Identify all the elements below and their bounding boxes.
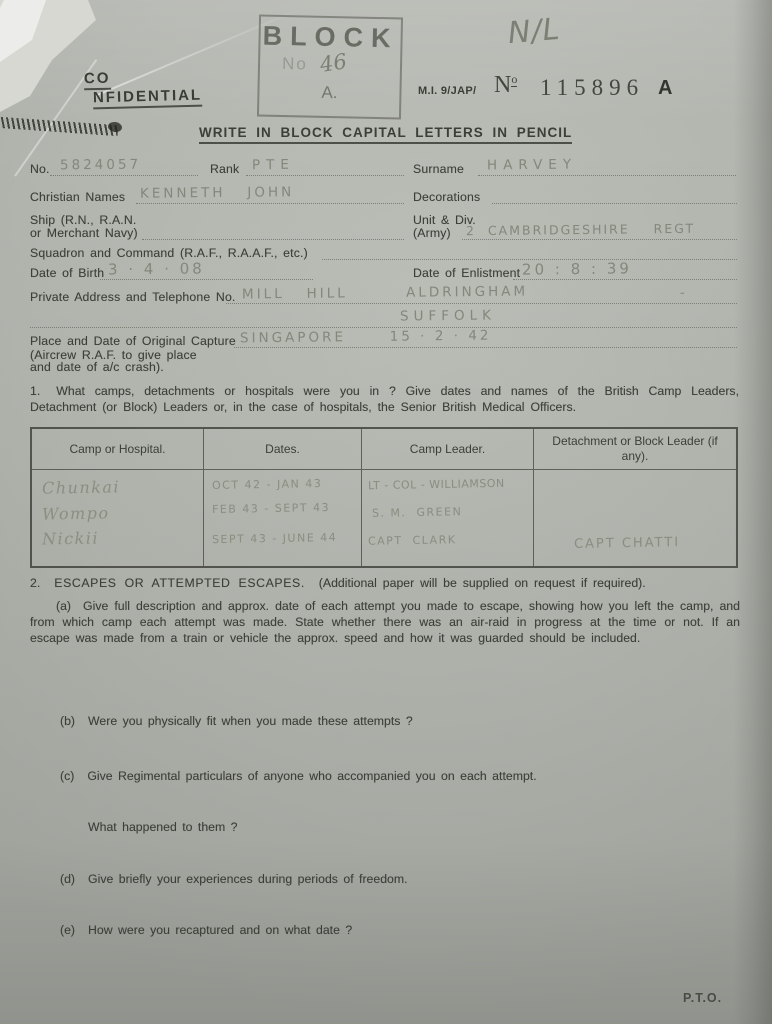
question-2d-key: (d) (60, 872, 75, 886)
question-2a-key: (a) (56, 599, 71, 613)
leader-line (462, 239, 737, 240)
block-stamp-word: BLOCK (260, 21, 401, 55)
question-1-number: 1. (30, 384, 40, 398)
camp-entry: Nickii (42, 529, 99, 549)
leader-entry: S. M. GREEN (372, 505, 462, 520)
service-no-label: No. (30, 162, 50, 176)
leader-line (478, 175, 736, 176)
question-2d: (d)Give briefly your experiences during … (60, 872, 408, 886)
col-header-detachment: Detachment or Block Leader (if any). (534, 429, 736, 469)
leader-entry: LT - COL - WILLIAMSON (368, 477, 505, 492)
block-number-stamp: BLOCK No 46 A. (257, 15, 403, 120)
surname-label: Surname (413, 162, 464, 176)
pencil-note-nl: N/L (507, 12, 562, 51)
date-of-enlistment-value: 20 : 8 : 39 (522, 259, 632, 278)
camp-entry: Chunkai (42, 477, 120, 497)
camps-table-header-row: Camp or Hospital. Dates. Camp Leader. De… (32, 429, 736, 470)
leader-line (234, 347, 737, 348)
dates-entry: SEPT 43 - JUNE 44 (212, 531, 337, 546)
ship-label-line1: Ship (R.N., R.A.N. (30, 213, 136, 227)
question-2e-key: (e) (60, 923, 75, 937)
question-2c-text: Give Regimental particulars of anyone wh… (87, 769, 536, 783)
capture-label: Place and Date of Original Capture (30, 334, 236, 348)
detachment-column: CAPT CHATTI (534, 470, 736, 566)
dates-column: OCT 42 - JAN 43 FEB 43 - SEPT 43 SEPT 43… (204, 470, 362, 566)
camps-table: Camp or Hospital. Dates. Camp Leader. De… (30, 427, 738, 568)
rank-label: Rank (210, 162, 239, 176)
question-2-title: ESCAPES OR ATTEMPTED ESCAPES. (54, 576, 305, 590)
leader-line (226, 303, 737, 304)
date-of-birth-label: Date of Birth (30, 266, 104, 280)
question-2-heading: 2.ESCAPES OR ATTEMPTED ESCAPES. (Additio… (30, 575, 740, 591)
question-2c: (c)Give Regimental particulars of anyone… (60, 769, 537, 783)
date-of-enlistment-label: Date of Enlistment (413, 266, 520, 280)
leader-line (513, 279, 737, 280)
question-2e: (e)How were you recaptured and on what d… (60, 923, 352, 937)
capture-value: SINGAPORE 15 · 2 · 42 (240, 328, 492, 347)
block-stamp-no-value: 46 (318, 49, 348, 77)
serial-no-sign: No (494, 72, 517, 99)
block-stamp-suffix: A. (259, 82, 399, 105)
unit-value: 2 CAMBRIDGESHIRE REGT (466, 221, 695, 238)
leader-entry: CAPT CLARK (368, 533, 457, 548)
capture-sub-line2: and date of a/c crash). (30, 360, 164, 374)
address-value-line2: SUFFOLK (400, 307, 496, 324)
col-header-camp: Camp or Hospital. (32, 429, 204, 469)
surname-value: HARVEY (487, 157, 577, 174)
leader-line (100, 279, 313, 280)
col-header-dates: Dates. (204, 429, 362, 469)
pow-questionnaire-scan: BLOCK No 46 A. CO NFIDENTIAL N/L M.I. 9/… (0, 0, 772, 1024)
christian-names-value: KENNETH JOHN (140, 184, 294, 202)
dates-entry: FEB 43 - SEPT 43 (212, 501, 330, 516)
question-2-number: 2. (30, 576, 40, 590)
question-1-text: What camps, detachments or hospitals wer… (30, 384, 739, 414)
unit-label-line2: (Army) (413, 226, 451, 240)
confidential-stamp-fragment-bottom: NFIDENTIAL (93, 87, 203, 110)
ship-label-line2: or Merchant Navy) (30, 226, 138, 240)
block-stamp-no-label: No (282, 54, 308, 75)
question-2b-key: (b) (60, 714, 75, 728)
leader-line (492, 203, 737, 204)
col-header-leader: Camp Leader. (362, 429, 534, 469)
question-2-note: (Additional paper will be supplied on re… (319, 576, 646, 590)
leader-line (142, 239, 404, 240)
question-2b: (b)Were you physically fit when you made… (60, 714, 413, 728)
tear-repair-mark (0, 117, 118, 136)
question-2c-key: (c) (60, 769, 74, 783)
leader-line (50, 175, 198, 176)
rank-value: PTE (252, 157, 295, 173)
camp-entry: Wompo (42, 503, 110, 523)
date-of-birth-value: 3 · 4 · 08 (108, 259, 205, 278)
service-no-value: 5824057 (60, 157, 141, 174)
detachment-entry: CAPT CHATTI (574, 535, 680, 552)
form-instruction-heading: WRITE IN BLOCK CAPITAL LETTERS IN PENCIL (199, 125, 572, 144)
camp-column: Chunkai Wompo Nickii (32, 470, 204, 566)
question-2b-text: Were you physically fit when you made th… (88, 714, 413, 728)
page-turn-over-note: P.T.O. (683, 991, 722, 1005)
address-value-dash: - (680, 285, 688, 301)
form-reference: M.I. 9/JAP/ (418, 85, 476, 97)
serial-n-letter: N (494, 72, 511, 98)
question-2e-text: How were you recaptured and on what date… (88, 923, 352, 937)
leader-line (246, 175, 404, 176)
christian-names-label: Christian Names (30, 190, 125, 204)
confidential-stamp-fragment-top: CO (84, 70, 111, 90)
leader-line (136, 203, 404, 204)
question-2a-text: Give full description and approx. date o… (30, 599, 740, 645)
dates-entry: OCT 42 - JAN 43 (212, 477, 323, 492)
squadron-label: Squadron and Command (R.A.F., R.A.A.F., … (30, 246, 308, 260)
address-label: Private Address and Telephone No. (30, 290, 236, 304)
serial-suffix: A (658, 77, 672, 100)
serial-n-sup: o (511, 72, 517, 87)
question-2d-text: Give briefly your experiences during per… (88, 872, 408, 886)
question-1: 1.What camps, detachments or hospitals w… (30, 383, 739, 415)
block-stamp-no-row: No 46 (260, 52, 401, 85)
leader-column: LT - COL - WILLIAMSON S. M. GREEN CAPT C… (362, 470, 534, 566)
serial-number: 115896 (540, 75, 644, 101)
question-2a: (a)Give full description and approx. dat… (30, 598, 740, 647)
camps-table-body: Chunkai Wompo Nickii OCT 42 - JAN 43 FEB… (32, 470, 736, 566)
question-2c-followup: What happened to them ? (88, 820, 238, 834)
decorations-label: Decorations (413, 190, 480, 204)
address-value-line1: MILL HILL ALDRINGHAM (242, 284, 528, 303)
